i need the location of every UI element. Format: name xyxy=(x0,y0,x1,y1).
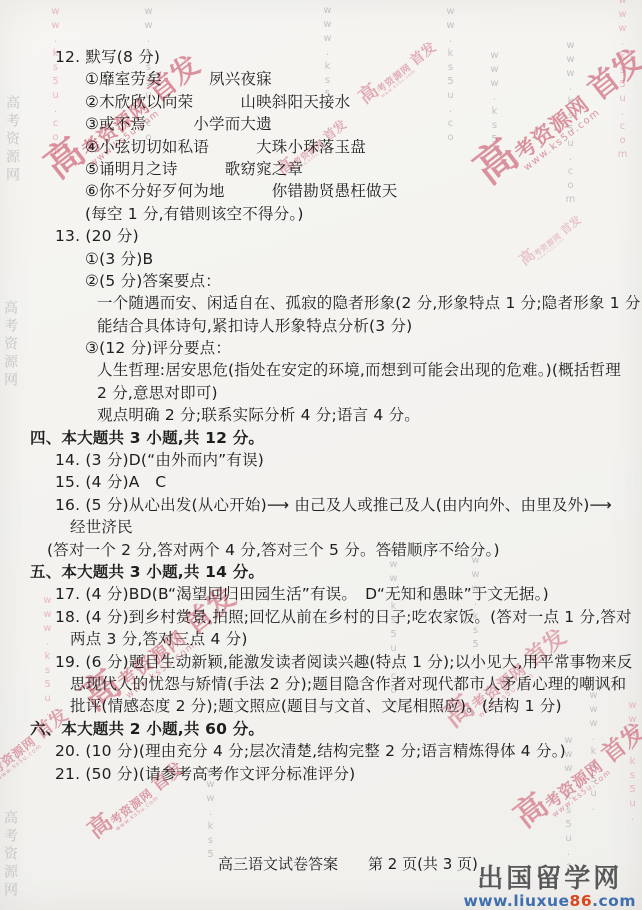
watermark-brand-big: 高 xyxy=(83,809,116,842)
doc-line: 13. (20 分) xyxy=(0,225,642,247)
doc-line: 12. 默写(8 分) xyxy=(0,46,642,68)
doc-line: 20. (10 分)(理由充分 4 分;层次清楚,结构完整 2 分;语言精炼得体… xyxy=(0,740,642,762)
doc-line: 能结合具体诗句,紧扣诗人形象特点分析(3 分) xyxy=(0,315,642,337)
doc-line: 一个随遇而安、闲适自在、孤寂的隐者形象(2 分,形象特点 1 分;隐者形象 1 … xyxy=(0,292,642,314)
doc-line: 思现代人的忧怨与矫情(手法 2 分);题目隐含作者对现代都市人矛盾心理的嘲讽和 xyxy=(0,673,642,695)
doc-line: 五、本大题共 3 小题,共 14 分。 xyxy=(0,561,642,583)
doc-line: ②木欣欣以向荣 山映斜阳天接水 xyxy=(0,91,642,113)
doc-line: (每空 1 分,有错则该空不得分。) xyxy=(0,203,642,225)
doc-line: ③(12 分)评分要点： xyxy=(0,337,642,359)
doc-line: ④小弦切切如私语 大珠小珠落玉盘 xyxy=(0,136,642,158)
doc-line: ②(5 分)答案要点： xyxy=(0,270,642,292)
doc-line: 两点 3 分,答对三点 4 分) xyxy=(0,628,642,650)
doc-line: ①靡室劳矣 夙兴夜寐 xyxy=(0,68,642,90)
scanned-exam-answer-page: www.ks5u.comwww.ks5u.comwww.ks5u.comwww.… xyxy=(0,0,642,910)
doc-line: 18. (4 分)到乡村赏景,拍照;回忆从前在乡村的日子;吃农家饭。(答对一点 … xyxy=(0,606,642,628)
logo-url-highlight: 86 xyxy=(570,892,593,910)
doc-line: 16. (5 分)从心出发(从心开始)⟶ 由己及人或推己及人(由内向外、由里及外… xyxy=(0,494,642,516)
doc-line: ⑥你不分好歹何为地 你错勘贤愚枉做天 xyxy=(0,180,642,202)
doc-line: ⑤诵明月之诗 歌窈窕之章 xyxy=(0,158,642,180)
document-lines: 12. 默写(8 分)①靡室劳矣 夙兴夜寐②木欣欣以向荣 山映斜阳天接水③或不焉… xyxy=(0,46,642,785)
doc-line: 人生哲理:居安思危(指处在安定的环境,而想到可能会出现的危难。)(概括哲理 xyxy=(0,359,642,381)
doc-line: ①(3 分)B xyxy=(0,248,642,270)
doc-line: ③或不焉 小学而大遗 xyxy=(0,113,642,135)
doc-line: 21. (50 分)(请参考高考作文评分标准评分) xyxy=(0,763,642,785)
doc-line: 15. (4 分)A C xyxy=(0,471,642,493)
doc-line: (答对一个 2 分,答对两个 4 分,答对三个 5 分。答错顺序不给分。) xyxy=(0,539,642,561)
logo-site-name: 出国留学网 xyxy=(463,866,636,892)
page-footer-caption: 高三语文试卷答案 第 2 页(共 3 页) xyxy=(218,853,478,874)
doc-line: 19. (6 分)题目生动新颖,能激发读者阅读兴趣(特点 1 分);以小见大,用… xyxy=(0,651,642,673)
liuxue86-logo: 出国留学网 www.liuxue86.com xyxy=(463,866,636,910)
doc-line: 批评(情感态度 2 分);题文照应(题目与文首、文尾相照应)。(结构 1 分) xyxy=(0,695,642,717)
doc-line: 四、本大题共 3 小题,共 12 分。 xyxy=(0,427,642,449)
logo-url-suffix: .com xyxy=(592,892,636,910)
doc-line: 观点明确 2 分;联系实际分析 4 分;语言 4 分。 xyxy=(0,404,642,426)
logo-site-url: www.liuxue86.com xyxy=(463,894,636,910)
doc-line: 14. (3 分)D(“由外而内”有误) xyxy=(0,449,642,471)
ghost-brand-text: 高考资源网 xyxy=(0,810,20,900)
doc-line: 17. (4 分)BD(B“渴望回归田园生活”有误。 D“无知和愚昧”于文无据。… xyxy=(0,583,642,605)
doc-line: 六、本大题共 2 小题,共 60 分。 xyxy=(0,718,642,740)
doc-line: 2 分,意思对即可) xyxy=(0,382,642,404)
doc-line: 经世济民 xyxy=(0,516,642,538)
logo-url-prefix: www.liuxue xyxy=(463,892,569,910)
watermark-brand-rest: 考资源网 xyxy=(108,787,155,828)
watermark-brand-big: 高 xyxy=(508,788,553,833)
